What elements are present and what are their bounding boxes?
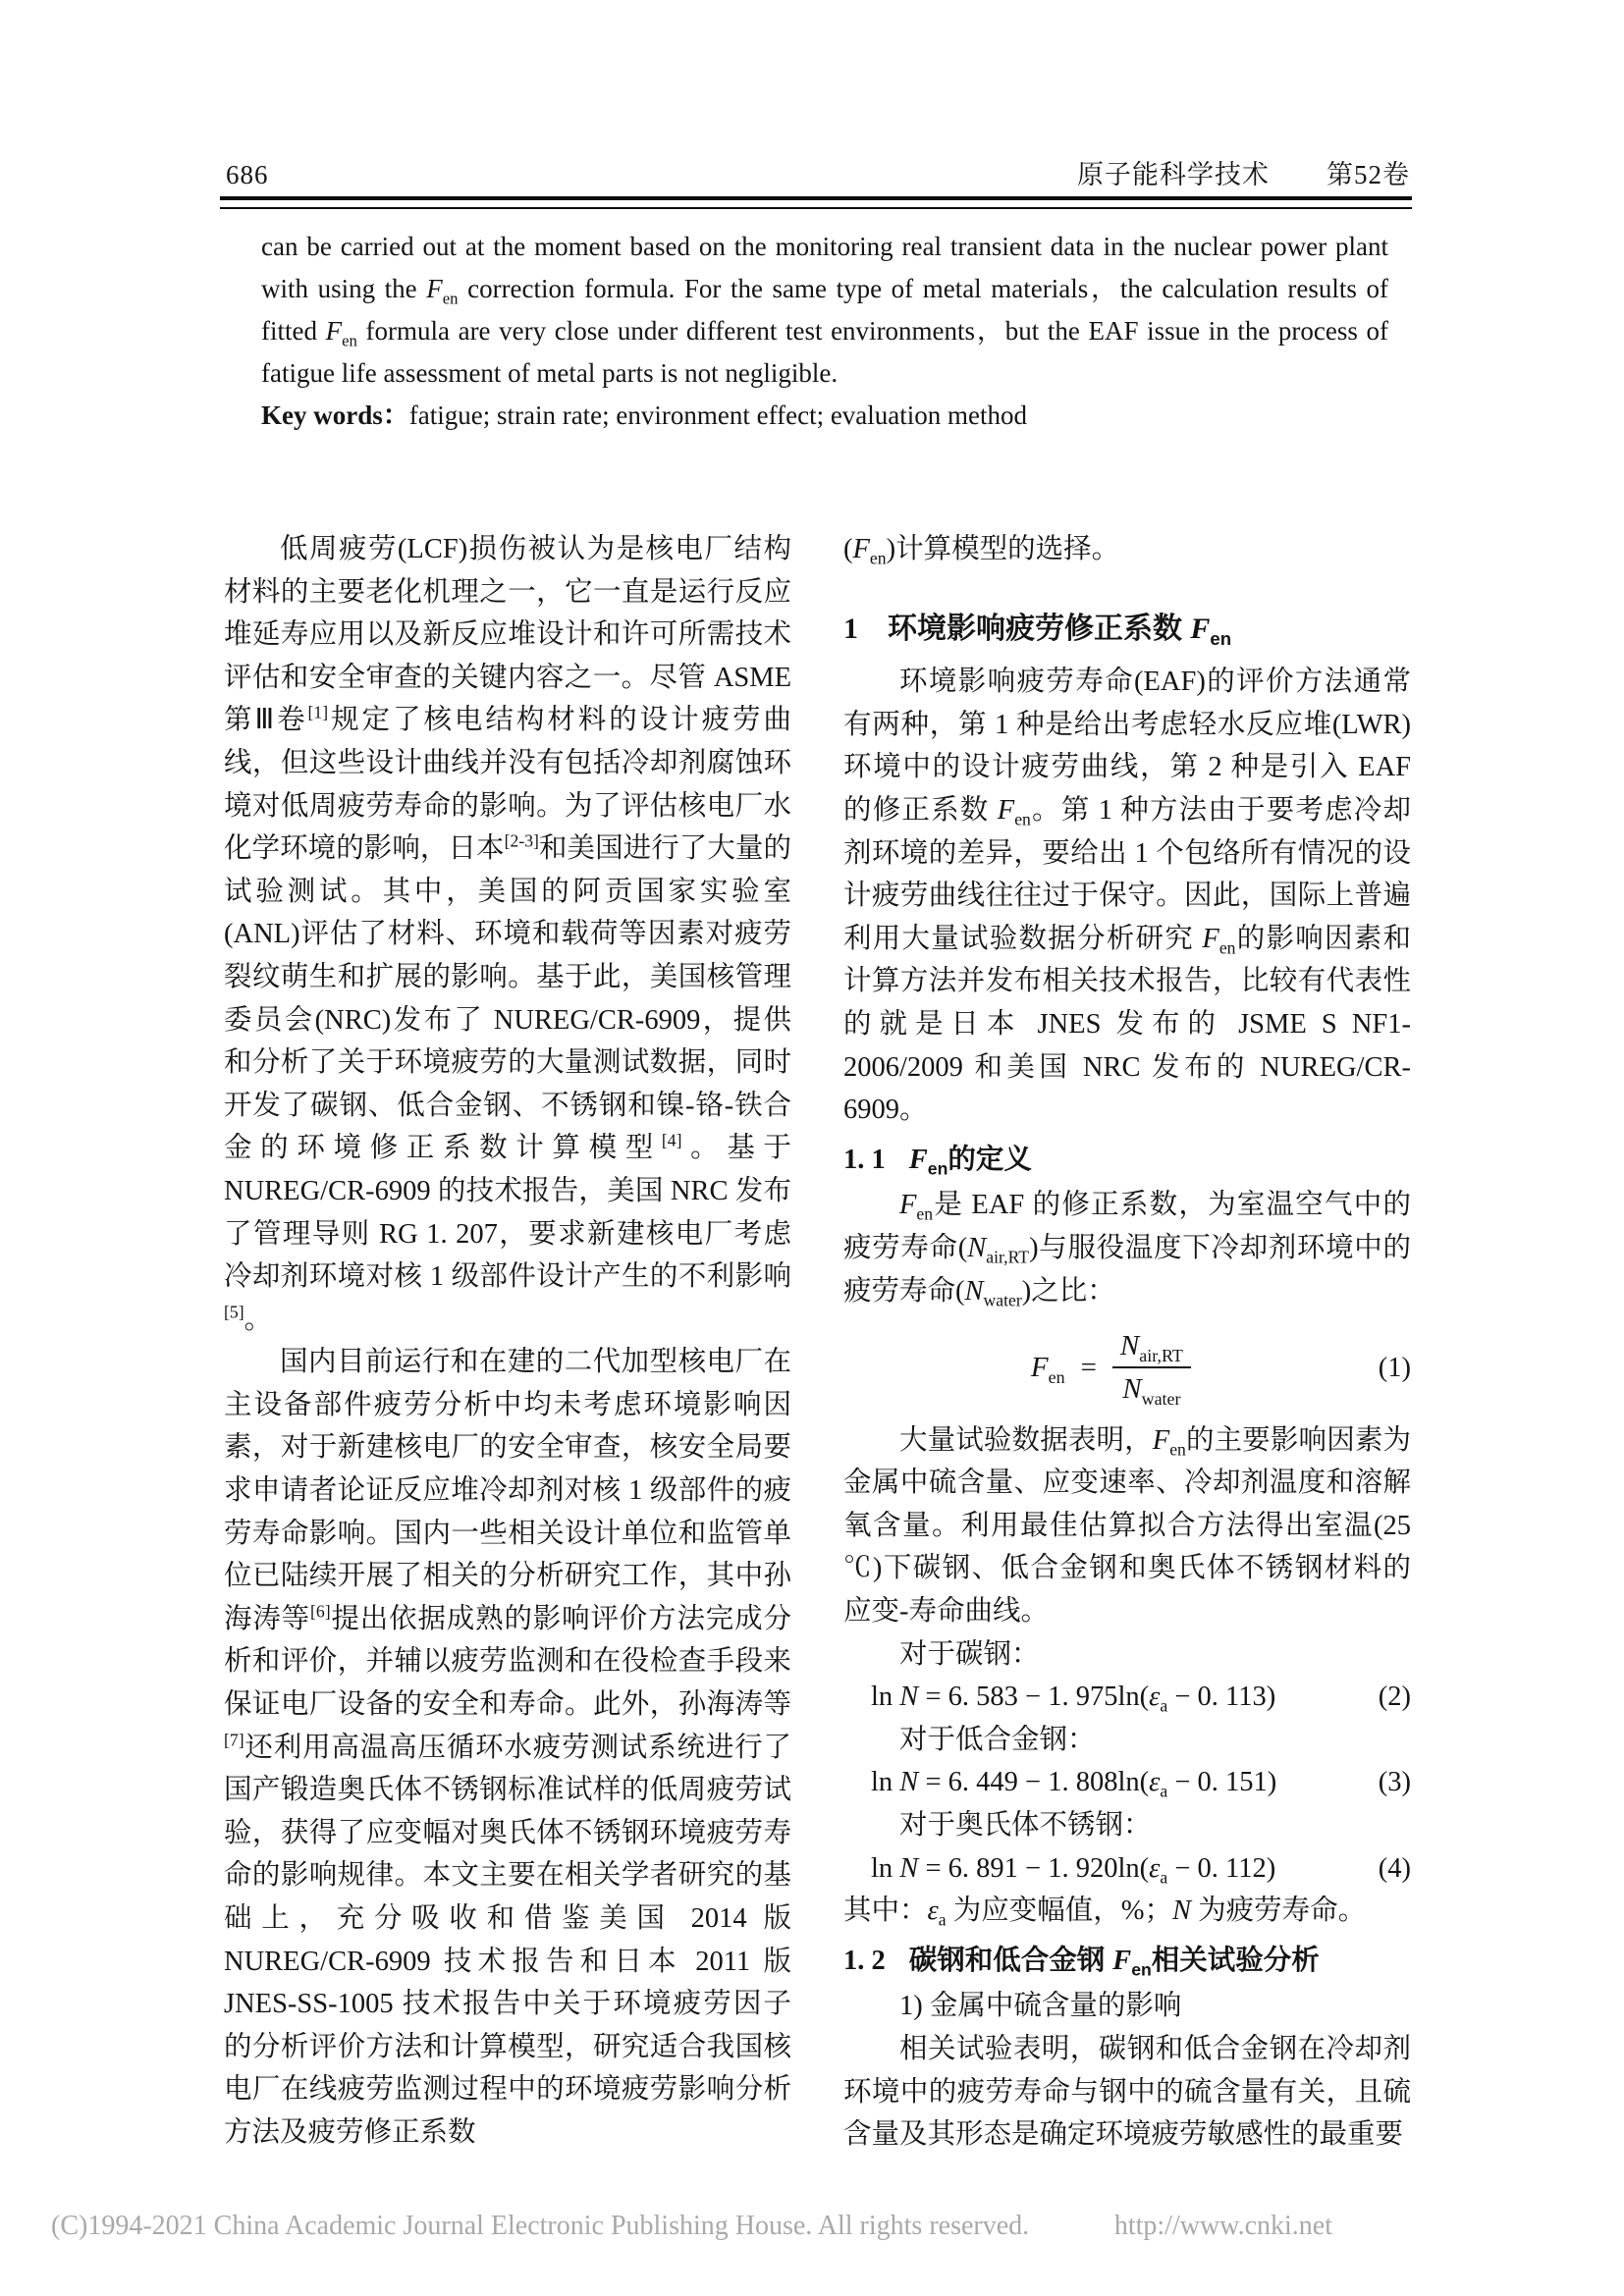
equation-3-body: ln N = 6. 449 − 1. 808ln(εa − 0. 151) <box>871 1761 1276 1804</box>
equation-4: ln N = 6. 891 − 1. 920ln(εa − 0. 112) (4… <box>843 1847 1411 1891</box>
section-1-heading: 1 环境影响疲劳修正系数 Fen <box>843 608 1411 651</box>
footer-url: http://www.cnki.net <box>1114 2211 1332 2242</box>
section-1-number: 1 <box>843 608 858 651</box>
fraction-numerator: Nair,RT <box>1112 1328 1191 1368</box>
formula-1: Fen = Nair,RT Nwater (1) <box>843 1328 1411 1408</box>
low-alloy-lead: 对于低合金钢： <box>843 1719 1411 1762</box>
journal-info: 原子能科学技术 第52卷 <box>1077 153 1410 191</box>
journal-title: 原子能科学技术 <box>1077 153 1270 191</box>
equation-4-body: ln N = 6. 891 − 1. 920ln(εa − 0. 112) <box>871 1847 1275 1891</box>
left-column: 低周疲劳(LCF)损伤被认为是核电厂结构材料的主要老化机理之一，它一直是运行反应… <box>224 528 791 2155</box>
keywords-label: Key words： <box>261 400 409 430</box>
subsection-1-1-title: Fen的定义 <box>909 1139 1032 1182</box>
equation-3-number: (3) <box>1379 1761 1411 1804</box>
subsection-1-1-number: 1. 1 <box>843 1139 886 1182</box>
page-footer: (C)1994-2021 China Academic Journal Elec… <box>51 2211 1332 2242</box>
where-clause: 其中：εa 为应变幅值，%；N 为疲劳寿命。 <box>843 1890 1411 1933</box>
fen-factors-paragraph: 大量试验数据表明，Fen的主要影响因素为金属中硫含量、应变速率、冷却剂温度和溶解… <box>843 1419 1411 1633</box>
equation-2: ln N = 6. 583 − 1. 975ln(εa − 0. 113) (2… <box>843 1676 1411 1719</box>
fraction: Nair,RT Nwater <box>1112 1328 1191 1408</box>
keywords-line: Key words：fatigue; strain rate; environm… <box>261 395 1388 437</box>
right-column: (Fen)计算模型的选择。 1 环境影响疲劳修正系数 Fen 环境影响疲劳寿命(… <box>843 528 1411 2157</box>
sulfur-item-heading: 1) 金属中硫含量的影响 <box>843 1985 1411 2028</box>
abstract-paragraph: can be carried out at the moment based o… <box>261 226 1388 395</box>
page-header: 686 原子能科学技术 第52卷 <box>226 153 1410 191</box>
eaf-methods-paragraph: 环境影响疲劳寿命(EAF)的评价方法通常有两种，第 1 种是给出考虑轻水反应堆(… <box>843 661 1411 1132</box>
equation-4-number: (4) <box>1379 1847 1411 1891</box>
header-rule <box>220 196 1412 209</box>
continuation-paragraph: (Fen)计算模型的选择。 <box>843 528 1411 571</box>
intro-paragraph-2: 国内目前运行和在建的二代加型核电厂在主设备部件疲劳分析中均未考虑环境影响因素，对… <box>224 1341 791 2154</box>
fen-definition-paragraph: Fen是 EAF 的修正系数，为室温空气中的疲劳寿命(Nair,RT)与服役温度… <box>843 1184 1411 1312</box>
sulfur-paragraph: 相关试验表明，碳钢和低合金钢在冷却剂环境中的疲劳寿命与钢中的硫含量有关，且硫含量… <box>843 2028 1411 2157</box>
equals-sign: = <box>1081 1347 1097 1390</box>
subsection-1-2-title: 碳钢和低合金钢 Fen相关试验分析 <box>909 1940 1320 1983</box>
section-1-title: 环境影响疲劳修正系数 Fen <box>888 608 1231 651</box>
formula-1-body: Fen = Nair,RT Nwater <box>843 1328 1379 1408</box>
abstract-section: can be carried out at the moment based o… <box>261 226 1388 437</box>
copyright-text: (C)1994-2021 China Academic Journal Elec… <box>51 2211 1029 2242</box>
equation-3: ln N = 6. 449 − 1. 808ln(εa − 0. 151) (3… <box>843 1761 1411 1804</box>
subsection-1-2-number: 1. 2 <box>843 1940 886 1983</box>
carbon-steel-lead: 对于碳钢： <box>843 1633 1411 1677</box>
keywords-text: fatigue; strain rate; environment effect… <box>409 400 1027 430</box>
austenitic-lead: 对于奥氏体不锈钢： <box>843 1804 1411 1847</box>
fraction-denominator: Nwater <box>1122 1368 1180 1407</box>
intro-paragraph-1: 低周疲劳(LCF)损伤被认为是核电厂结构材料的主要老化机理之一，它一直是运行反应… <box>224 528 791 1341</box>
volume-label: 第52卷 <box>1326 153 1410 191</box>
equation-1-number: (1) <box>1379 1347 1411 1390</box>
page-number: 686 <box>226 160 269 190</box>
formula-1-lhs: Fen <box>1031 1347 1065 1390</box>
journal-page: 686 原子能科学技术 第52卷 can be carried out at t… <box>0 0 1624 2296</box>
subsection-1-2-heading: 1. 2 碳钢和低合金钢 Fen相关试验分析 <box>843 1940 1411 1983</box>
subsection-1-1-heading: 1. 1 Fen的定义 <box>843 1139 1411 1182</box>
equation-2-body: ln N = 6. 583 − 1. 975ln(εa − 0. 113) <box>871 1676 1275 1719</box>
equation-2-number: (2) <box>1379 1676 1411 1719</box>
